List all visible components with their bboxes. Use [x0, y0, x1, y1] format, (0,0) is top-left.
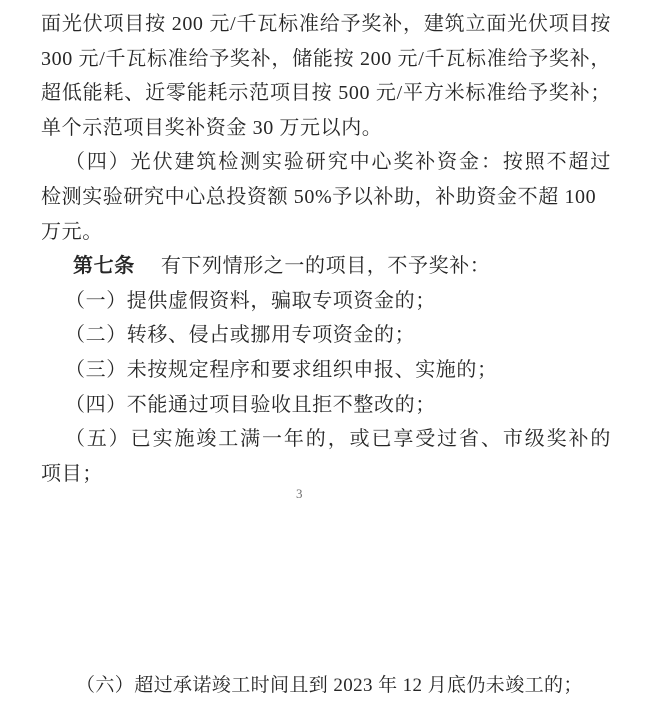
- text-line: 万元。: [41, 215, 611, 250]
- article-number-label: 第七条: [73, 255, 135, 277]
- text-line: 面光伏项目按 200 元/千瓦标准给予奖补，建筑立面光伏项目按: [41, 7, 611, 42]
- article-7-heading-line: 第七条有下列情形之一的项目，不予奖补：: [41, 249, 611, 284]
- text-line: 单个示范项目奖补资金 30 万元以内。: [41, 111, 611, 146]
- body-text: 面光伏项目按 200 元/千瓦标准给予奖补，建筑立面光伏项目按 300 元/千瓦…: [41, 7, 611, 491]
- list-item-4-line: （四）不能通过项目验收且拒不整改的；: [41, 388, 611, 423]
- text-line: 超低能耗、近零能耗示范项目按 500 元/平方米标准给予奖补；: [41, 76, 611, 111]
- list-item-1-line: （一）提供虚假资料，骗取专项资金的；: [41, 284, 611, 319]
- list-item-2-line: （二）转移、侵占或挪用专项资金的；: [41, 318, 611, 353]
- list-item-6-line: （六）超过承诺竣工时间且到 2023 年 12 月底仍未竣工的；: [41, 671, 611, 701]
- article-heading-text: 有下列情形之一的项目，不予奖补：: [161, 255, 491, 277]
- list-item-5-line: （五）已实施竣工满一年的，或已享受过省、市级奖补的: [41, 422, 611, 457]
- list-item-3-line: （三）未按规定程序和要求组织申报、实施的；: [41, 353, 611, 388]
- text-line: 项目；: [41, 457, 611, 492]
- text-line: 检测实验研究中心总投资额 50%予以补助，补助资金不超 100: [41, 180, 611, 215]
- document-page: 面光伏项目按 200 元/千瓦标准给予奖补，建筑立面光伏项目按 300 元/千瓦…: [0, 0, 647, 705]
- clause-4-line: （四）光伏建筑检测实验研究中心奖补资金：按照不超过: [41, 145, 611, 180]
- page-number: 3: [296, 487, 303, 501]
- text-line: 300 元/千瓦标准给予奖补，储能按 200 元/千瓦标准给予奖补，: [41, 42, 611, 77]
